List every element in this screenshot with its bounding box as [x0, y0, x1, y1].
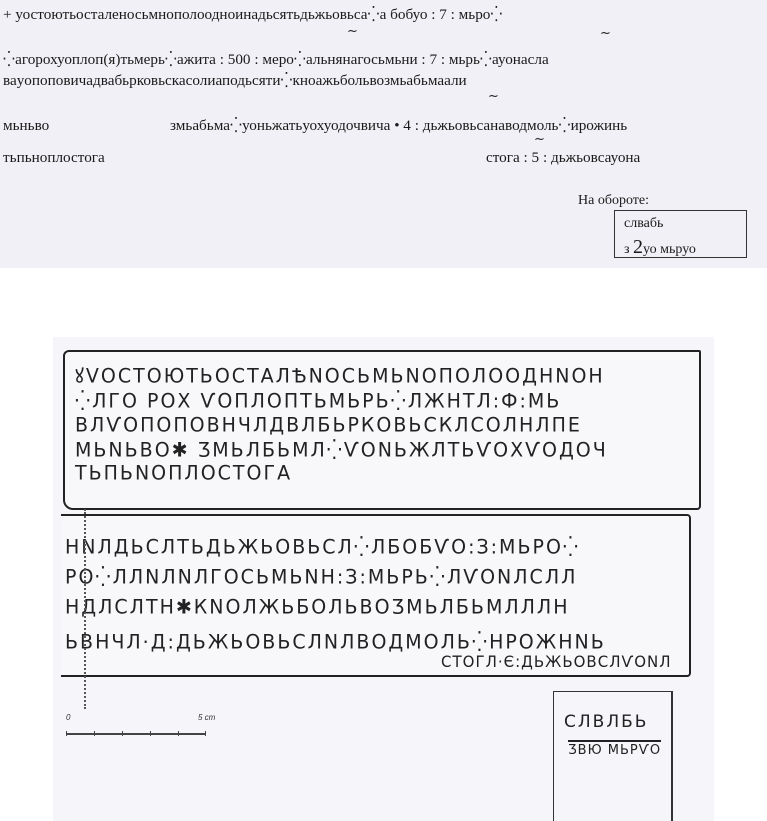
scale-tick	[150, 731, 151, 736]
glyph-row: ⁛ЛГО РОХ ѴОПЛОПТЬМЬРЬ⁛ЛЖНТЛ:Ф:МЬ	[75, 389, 561, 412]
glyph-row: ЬВНЧЛ·Д:ДЬЖЬОВЬСЛNЛВОДМОЛЬ⁛НРОЖНNЬ	[65, 630, 606, 653]
verso-label: На обороте:	[578, 194, 649, 208]
glyph-row: СТОГЛ·Є:ДЬЖЬОВСЛѴОNЛ	[441, 653, 672, 672]
scale-tick	[94, 731, 95, 736]
transcription-line-5b: стога : 5 : дьжьовсауона	[486, 150, 640, 165]
scale-tick	[66, 731, 67, 736]
glyph-row: РО⁛ЛЛNЛNЛГОСЬМЬNН:З:МЬРЬ⁛ЛѴОNЛСЛЛ	[65, 565, 577, 588]
scale-tick	[205, 731, 206, 736]
verso-numeral: 2	[633, 236, 643, 258]
titlo-mark: ~	[347, 25, 358, 38]
verso-line-2: з 2уо мьруо	[624, 237, 696, 257]
glyph-row: ТЬПЬNОПЛОСТОГА	[75, 461, 292, 484]
glyph-row: ꙋVОСТОЮТЬОСТАЛѢNОСЬМЬNОПОЛООДНNОН	[75, 361, 605, 388]
transcription-line-4a: мьньво	[3, 118, 49, 133]
transcription-line-4b: змьабьма⁛уоньжатьуохуодочвича • 4 : дьжь…	[170, 118, 627, 133]
transcription-panel: + уостоютьосталеносьмнополоодноинадьсять…	[0, 0, 767, 268]
verso-suffix: уо мьруо	[643, 242, 696, 257]
transcription-line-3: ваyопоповичадвабьрковьскасолиаподьсяти⁛к…	[3, 73, 467, 88]
titlo-mark: ~	[600, 27, 611, 40]
transcription-line-1: + уостоютьосталеносьмнополоодноинадьсять…	[3, 7, 503, 22]
top-fragment: ꙋVОСТОЮТЬОСТАЛѢNОСЬМЬNОПОЛООДНNОН ⁛ЛГО Р…	[63, 350, 701, 510]
titlo-mark: ~	[488, 90, 499, 103]
glyph-row: ВЛѴОПОПОВНЧЛДВЛБЬРКОВЬСКЛСОЛНЛПЕ	[75, 413, 582, 436]
transcription-line-2: ⁛агорохуоплоп(я)тьмерь⁛ажита : 500 : мер…	[3, 52, 549, 67]
verso-drawing: СЛВЛБЬ ӠВЮ МЬРѴО	[553, 691, 673, 821]
verso-prefix: з	[624, 242, 633, 257]
verso-line-1: слвабь	[624, 217, 663, 231]
glyph-row: НДЛСЛТН✱КNОЛЖЬБОЛЬВОӠМЬЛБЬМЛЛЛН	[65, 595, 570, 618]
scale-start-label: 0	[66, 713, 70, 722]
scale-end-label: 5 cm	[198, 713, 215, 722]
scale-tick	[122, 731, 123, 736]
glyph-row: МЬNЬВО✱ ӠМЬЛБЬМЛ⁛ѴОNЬЖЛТЬѴОХѴОДОЧ	[75, 438, 608, 461]
scale-bar	[66, 725, 206, 735]
transcription-line-5a: тьпьноплостога	[3, 150, 105, 165]
verso-glyph-row-2: ӠВЮ МЬРѴО	[568, 740, 661, 758]
fragment-break-line	[84, 509, 86, 709]
titlo-mark: ~	[534, 133, 545, 146]
inscription-drawing: ꙋVОСТОЮТЬОСТАЛѢNОСЬМЬNОПОЛООДНNОН ⁛ЛГО Р…	[53, 337, 714, 821]
scale-tick	[178, 731, 179, 736]
bottom-fragment: НNЛДЬСЛТЬДЬЖЬОВЬСЛ⁛ЛБОБѴО:З:МЬРО⁛ РО⁛ЛЛN…	[61, 514, 691, 677]
verso-glyph-row-1: СЛВЛБЬ	[564, 712, 648, 732]
glyph-row: НNЛДЬСЛТЬДЬЖЬОВЬСЛ⁛ЛБОБѴО:З:МЬРО⁛	[65, 535, 580, 558]
verso-box: слвабь з 2уо мьруо	[614, 210, 747, 258]
